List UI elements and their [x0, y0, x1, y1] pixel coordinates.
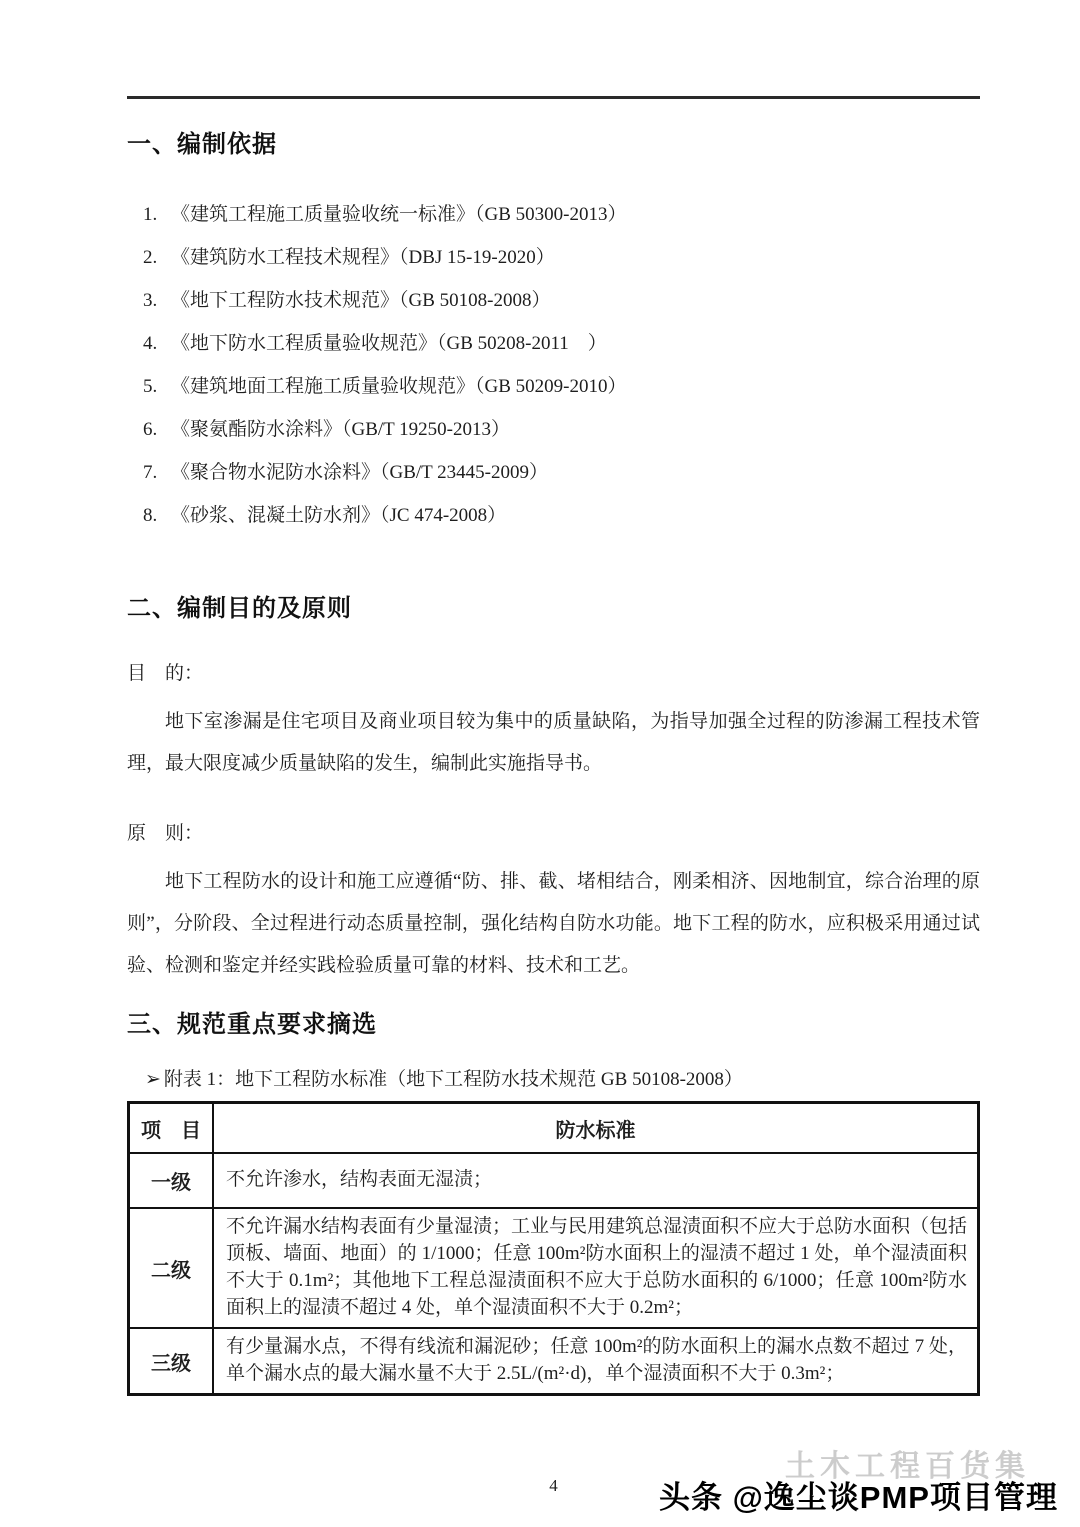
level-cell: 二级 [129, 1208, 214, 1328]
table-caption-text: 附表 1：地下工程防水标准（地下工程防水技术规范 GB 50108-2008） [164, 1069, 743, 1090]
list-item: 7.《聚合物水泥防水涂料》（GB/T 23445-2009） [143, 451, 980, 494]
list-item-number: 7. [143, 451, 171, 494]
list-item-number: 1. [143, 193, 171, 236]
standard-cell: 不允许渗水，结构表面无湿渍； [213, 1153, 979, 1208]
table-header-item: 项 目 [129, 1103, 214, 1154]
document-page: 一、编制依据 1.《建筑工程施工质量验收统一标准》（GB 50300-2013）… [0, 0, 1080, 1527]
list-item-text: 《聚合物水泥防水涂料》（GB/T 23445-2009） [171, 462, 548, 483]
list-item-text: 《聚氨酯防水涂料》（GB/T 19250-2013） [171, 419, 510, 440]
list-item: 3.《地下工程防水技术规范》（GB 50108-2008） [143, 279, 980, 322]
principle-paragraph: 地下工程防水的设计和施工应遵循“防、排、截、堵相结合，刚柔相济、因地制宜，综合治… [127, 861, 980, 987]
table-row: 二级 不允许漏水结构表面有少量湿渍；工业与民用建筑总湿渍面积不应大于总防水面积（… [129, 1208, 979, 1328]
section-purpose-title: 二、编制目的及原则 [127, 593, 980, 625]
list-item: 2.《建筑防水工程技术规程》（DBJ 15-19-2020） [143, 236, 980, 279]
level-cell: 三级 [129, 1328, 214, 1395]
list-item-number: 6. [143, 408, 171, 451]
list-item: 1.《建筑工程施工质量验收统一标准》（GB 50300-2013） [143, 193, 980, 236]
list-item-number: 4. [143, 322, 171, 365]
waterproof-standards-table: 项 目 防水标准 一级 不允许渗水，结构表面无湿渍； 二级 不允许漏水结构表面有… [127, 1101, 980, 1396]
section-standards-title: 三、规范重点要求摘选 [127, 1009, 980, 1041]
list-item-text: 《建筑工程施工质量验收统一标准》（GB 50300-2013） [171, 204, 626, 225]
list-item-text: 《建筑地面工程施工质量验收规范》（GB 50209-2010） [171, 376, 626, 397]
goal-label: 目 的： [127, 659, 980, 689]
table-row: 三级 有少量漏水点，不得有线流和漏泥砂；任意 100m²的防水面积上的漏水点数不… [129, 1328, 979, 1395]
reference-list: 1.《建筑工程施工质量验收统一标准》（GB 50300-2013） 2.《建筑防… [143, 193, 980, 537]
goal-paragraph: 地下室渗漏是住宅项目及商业项目较为集中的质量缺陷，为指导加强全过程的防渗漏工程技… [127, 701, 980, 785]
table-header-row: 项 目 防水标准 [129, 1103, 979, 1154]
list-item-number: 8. [143, 494, 171, 537]
principle-label: 原 则： [127, 819, 980, 849]
table-row: 一级 不允许渗水，结构表面无湿渍； [129, 1153, 979, 1208]
list-item-text: 《建筑防水工程技术规程》（DBJ 15-19-2020） [171, 247, 555, 268]
list-item: 8.《砂浆、混凝土防水剂》（JC 474-2008） [143, 494, 980, 537]
list-item-text: 《砂浆、混凝土防水剂》（JC 474-2008） [171, 505, 506, 526]
list-item: 5.《建筑地面工程施工质量验收规范》（GB 50209-2010） [143, 365, 980, 408]
list-item-text: 《地下防水工程质量验收规范》（GB 50208-2011 ） [171, 333, 607, 354]
watermark: 头条 @逸尘谈PMP项目管理 [659, 1472, 1058, 1517]
standard-cell: 不允许漏水结构表面有少量湿渍；工业与民用建筑总湿渍面积不应大于总防水面积（包括顶… [213, 1208, 979, 1328]
header-rule [127, 96, 980, 99]
list-item: 6.《聚氨酯防水涂料》（GB/T 19250-2013） [143, 408, 980, 451]
list-item-number: 3. [143, 279, 171, 322]
table-header-standard: 防水标准 [213, 1103, 979, 1154]
level-cell: 一级 [129, 1153, 214, 1208]
list-item-number: 2. [143, 236, 171, 279]
list-item: 4.《地下防水工程质量验收规范》（GB 50208-2011 ） [143, 322, 980, 365]
list-item-number: 5. [143, 365, 171, 408]
section-basis-title: 一、编制依据 [127, 129, 980, 161]
list-item-text: 《地下工程防水技术规范》（GB 50108-2008） [171, 290, 550, 311]
arrow-icon: ➢ [145, 1069, 161, 1090]
table-caption: ➢附表 1：地下工程防水标准（地下工程防水技术规范 GB 50108-2008） [127, 1067, 980, 1093]
standard-cell: 有少量漏水点，不得有线流和漏泥砂；任意 100m²的防水面积上的漏水点数不超过 … [213, 1328, 979, 1395]
